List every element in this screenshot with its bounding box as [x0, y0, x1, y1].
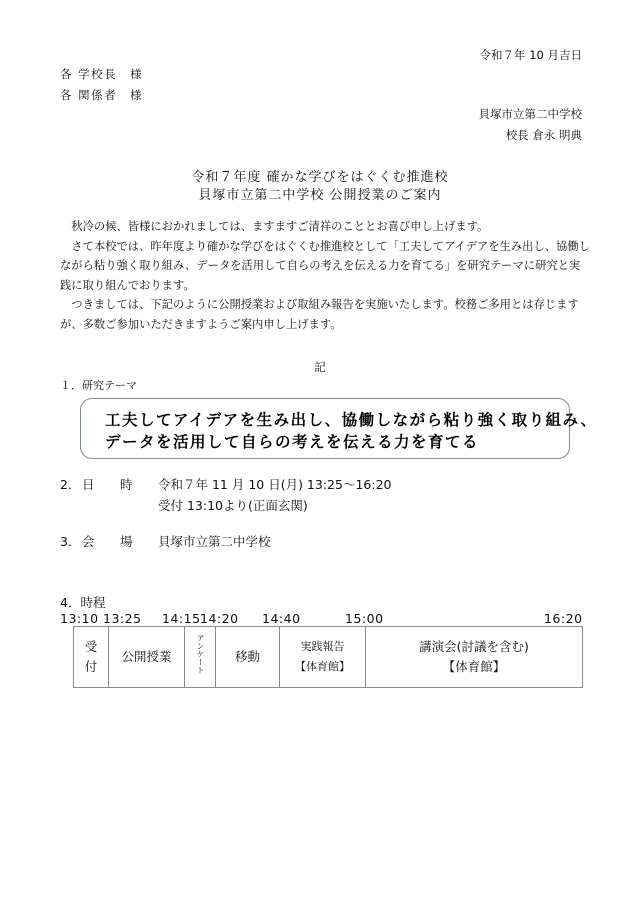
event-datetime: 令和７年 11 月 10 日(月) 13:25～16:20 [158, 475, 391, 493]
section-schedule-heading: 4．時程 [60, 593, 105, 611]
reception-info: 受付 13:10より(正面玄関) [158, 496, 308, 514]
theme-line-2: データを活用して自らの考えを伝える力を育てる [105, 430, 479, 452]
invitation-paragraph: つきましては、下記のように公開授業および取組み報告を実施いたします。校務ご多用と… [60, 295, 590, 334]
schedule-cell-move: 移動 [216, 627, 280, 688]
section-label: 時程 [80, 595, 105, 610]
time-mark: 15:00 [345, 611, 384, 626]
sender-name: 校長 倉永 明典 [506, 128, 582, 142]
time-mark: 14:15 [162, 611, 201, 626]
section-venue-label-a: 会 [82, 532, 95, 550]
section-theme-heading: １．研究テーマ [60, 377, 137, 393]
section-datetime-number: 2． [60, 475, 80, 493]
ki-heading: 記 [0, 360, 640, 374]
schedule-cell-practice-report: 実践報告 【体育館】 [280, 627, 366, 688]
sender-school: 貝塚市立第二中学校 [479, 107, 583, 121]
schedule-cell-lecture: 講演会(討議を含む) 【体育館】 [366, 627, 583, 688]
document-date: 令和７年 10 月吉日 [480, 48, 582, 62]
time-mark: 16:20 [544, 611, 583, 626]
recipient-stakeholders: 各 関係者 様 [60, 88, 143, 102]
greeting-paragraph: 秋冷の候、皆様におかれましては、ますますご清祥のこととお喜び申し上げます。 [60, 217, 590, 237]
research-theme-box: 工夫してアイデアを生み出し、協働しながら粘り強く取り組み、 データを活用して自ら… [80, 398, 570, 459]
time-mark: 13:10 [60, 611, 99, 626]
schedule-cell-open-class: 公開授業 [109, 627, 185, 688]
research-paragraph: さて本校では、昨年度より確かな学びをはぐくむ推進校として「工夫してアイデアを生み… [60, 237, 590, 296]
schedule-row: 受 付 公開授業 アンケート 移動 実践報告 【体育館】 講演会(討議を含む) … [74, 627, 583, 688]
venue-name: 貝塚市立第二中学校 [158, 532, 271, 550]
schedule-cell-reception: 受 付 [74, 627, 109, 688]
section-datetime-label-a: 日 [82, 475, 95, 493]
time-mark: 13:25 [103, 611, 142, 626]
section-number: 4． [60, 595, 80, 610]
recipient-principals: 各 学校長 様 [60, 67, 143, 81]
schedule-table: 受 付 公開授業 アンケート 移動 実践報告 【体育館】 講演会(討議を含む) … [73, 626, 583, 688]
time-mark: 14:20 [200, 611, 239, 626]
section-datetime-label-b: 時 [120, 475, 133, 493]
body-text: 秋冷の候、皆様におかれましては、ますますご清祥のこととお喜び申し上げます。 さて… [60, 217, 590, 334]
section-venue-number: 3． [60, 532, 80, 550]
theme-line-1: 工夫してアイデアを生み出し、協働しながら粘り強く取り組み、 [105, 408, 598, 430]
section-label: 研究テーマ [82, 379, 137, 392]
schedule-cell-survey: アンケート [185, 627, 216, 688]
section-venue-label-b: 場 [120, 532, 133, 550]
section-number: １． [60, 379, 82, 392]
time-mark: 14:40 [262, 611, 301, 626]
document-title-line1: 令和７年度 確かな学びをはぐくむ推進校 [0, 166, 640, 185]
document-title-line2: 貝塚市立第二中学校 公開授業のご案内 [0, 184, 640, 203]
